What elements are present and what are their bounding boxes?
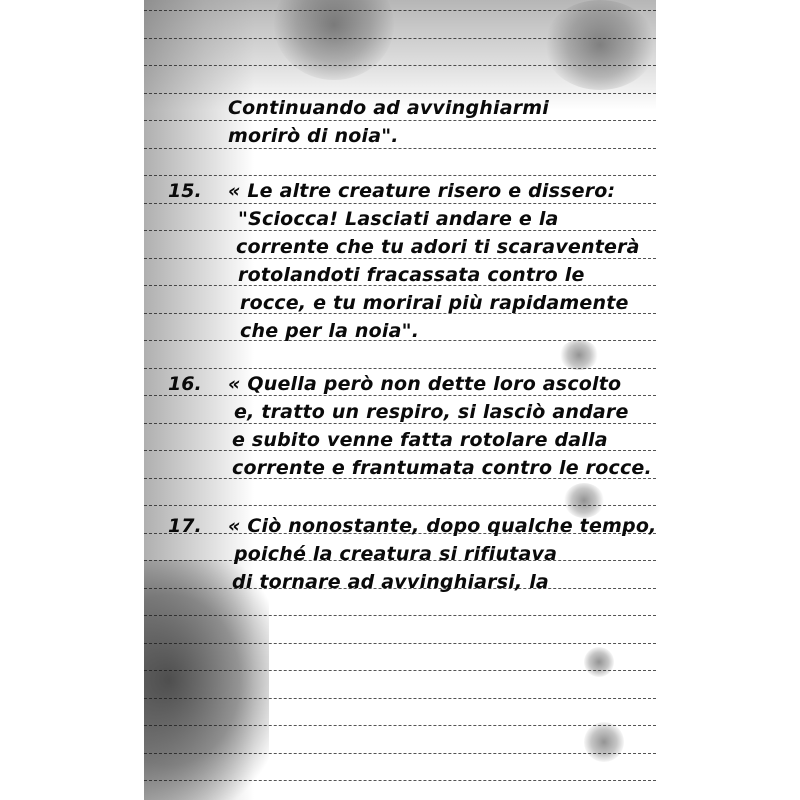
continued-line-2: morirò di noia". (228, 125, 399, 147)
ruled-line (144, 753, 656, 754)
paragraph-number-15: 15. (168, 180, 202, 202)
ruled-line (144, 93, 656, 94)
notebook-page: Continuando ad avvinghiarmi morirò di no… (144, 0, 656, 800)
paragraph-17-line: « Ciò nonostante, dopo qualche tempo, (228, 515, 656, 537)
paragraph-15-line: « Le altre creature risero e dissero: (228, 180, 615, 202)
ruled-line (144, 38, 656, 39)
ruled-line (144, 725, 656, 726)
paragraph-number-16: 16. (168, 373, 202, 395)
ruled-line (144, 368, 656, 369)
ruled-line (144, 505, 656, 506)
paper-stain-blot (584, 647, 614, 677)
paragraph-15-line: rotolandoti fracassata contro le (238, 264, 585, 286)
ruled-line (144, 395, 656, 396)
ruled-line (144, 148, 656, 149)
paragraph-17-line: poiché la creatura si rifiutava (234, 543, 557, 565)
paragraph-16-line: e, tratto un respiro, si lasciò andare (234, 401, 629, 423)
ruled-line (144, 65, 656, 66)
ruled-line (144, 175, 656, 176)
ruled-line (144, 230, 656, 231)
paper-stain-blot (584, 722, 624, 762)
continued-line-1: Continuando ad avvinghiarmi (228, 97, 549, 119)
paper-stain-blot (559, 340, 599, 370)
ruled-line (144, 203, 656, 204)
paragraph-16-line: corrente e frantumata contro le rocce. (232, 457, 652, 479)
ruled-line (144, 780, 656, 781)
ruled-line (144, 643, 656, 644)
paper-stain-blot (564, 483, 604, 518)
ruled-line (144, 615, 656, 616)
paragraph-15-line: corrente che tu adori ti scaraventerà (236, 236, 640, 258)
ruled-line (144, 120, 656, 121)
paragraph-15-line: rocce, e tu morirai più rapidamente (240, 292, 629, 314)
paragraph-15-line: "Sciocca! Lasciati andare e la (238, 208, 559, 230)
ruled-line (144, 10, 656, 11)
ruled-line (144, 670, 656, 671)
paragraph-16-line: e subito venne fatta rotolare dalla (232, 429, 608, 451)
ruled-line (144, 698, 656, 699)
paper-stain-blot (544, 0, 656, 90)
paragraph-15-line: che per la noia". (240, 320, 419, 342)
paragraph-number-17: 17. (168, 515, 202, 537)
paragraph-16-line: « Quella però non dette loro ascolto (228, 373, 621, 395)
paper-stain-bottom-left (144, 560, 269, 800)
paragraph-17-line: di tornare ad avvinghiarsi, la (232, 571, 549, 593)
